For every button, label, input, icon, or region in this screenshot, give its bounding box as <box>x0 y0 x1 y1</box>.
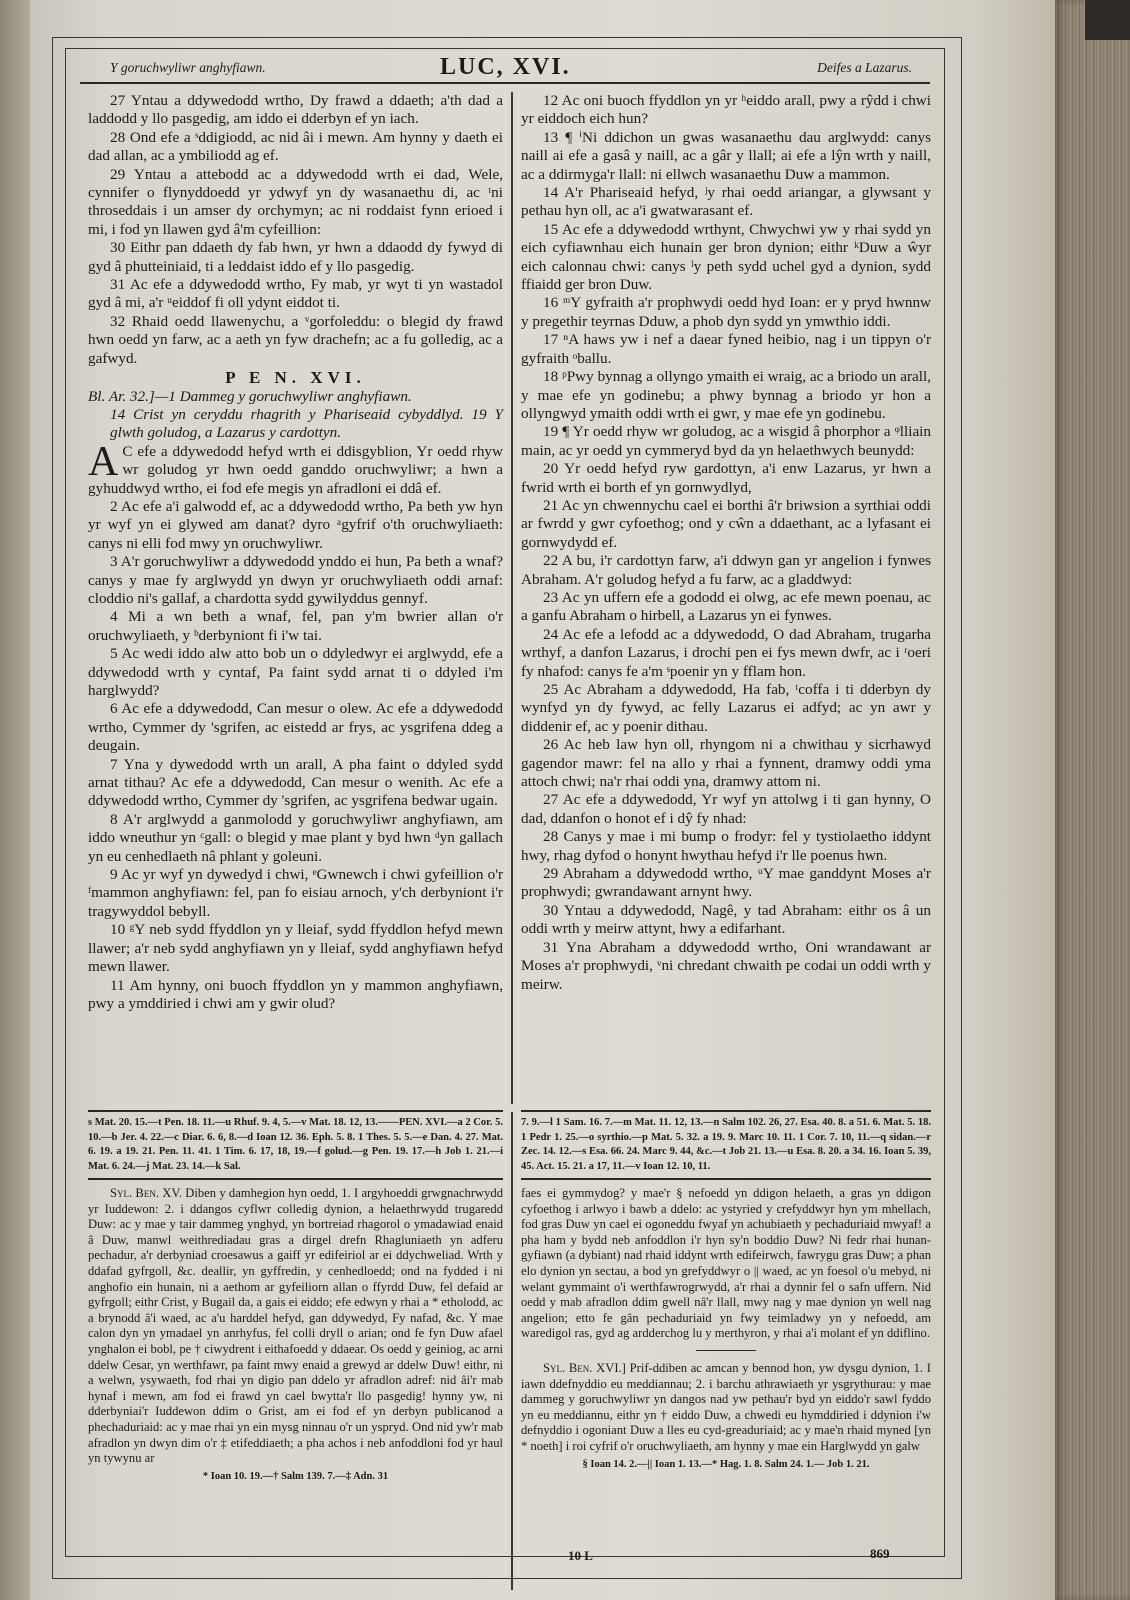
verse: 11 Am hynny, oni buoch ffyddlon yn y mam… <box>88 977 503 1014</box>
verse: 28 Ond efe a ˢddigiodd, ac nid âi i mewn… <box>88 129 503 166</box>
verse: 25 Ac Abraham a ddywedodd, Ha fab, ᵗcoff… <box>521 681 931 736</box>
cross-references-right: 7. 9.—l 1 Sam. 16. 7.—m Mat. 11. 12, 13.… <box>521 1116 931 1174</box>
verse: 12 Ac oni buoch ffyddlon yn yr ʰeiddo ar… <box>521 92 931 129</box>
signature-mark: 10 L <box>568 1548 593 1564</box>
commentary-paragraph: Syl. Ben. XVI.] Prif-ddiben ac amcan y b… <box>521 1361 931 1455</box>
page-number: 869 <box>870 1546 890 1562</box>
commentary-label: Syl. Ben. XV. <box>110 1186 182 1200</box>
cross-references-left: s Mat. 20. 15.—t Pen. 18. 11.—u Rhuf. 9.… <box>88 1116 503 1174</box>
verse: 4 Mi a wn beth a wnaf, fel, pan y'm bwri… <box>88 608 503 645</box>
verse: 10 ᵍY neb sydd ffyddlon yn y lleiaf, syd… <box>88 921 503 976</box>
verse: 6 Ac efe a ddywedodd, Can mesur o olew. … <box>88 700 503 755</box>
verse: 15 Ac efe a ddywedodd wrthynt, Chwychwi … <box>521 221 931 295</box>
header-book-chapter: LUC, XVI. <box>440 54 571 81</box>
section-rule <box>696 1350 756 1351</box>
verse: 31 Yna Abraham a ddywedodd wrtho, Oni wr… <box>521 939 931 994</box>
lower-column-divider <box>511 1112 513 1590</box>
verse: 7 Yna y dywedodd wrth un arall, A pha fa… <box>88 756 503 811</box>
verse: 8 A'r arglwydd a ganmolodd y goruchwyliw… <box>88 811 503 866</box>
verse: 27 Yntau a ddywedodd wrtho, Dy frawd a d… <box>88 92 503 129</box>
verse: 24 Ac efe a lefodd ac a ddywedodd, O dad… <box>521 626 931 681</box>
verse: 27 Ac efe a ddywedodd, Yr wyf yn attolwg… <box>521 791 931 828</box>
commentary-footnotes: * Ioan 10. 19.—† Salm 139. 7.—‡ Adn. 31 <box>88 1469 503 1485</box>
header-left-title: Y goruchwyliwr anghyfiawn. <box>110 60 266 76</box>
verse: 2 Ac efe a'i galwodd ef, ac a ddywedodd … <box>88 498 503 553</box>
chapter-heading: P E N. XVI. <box>88 369 503 387</box>
verse: 19 ¶ Yr oedd rhyw wr goludog, ac a wisgi… <box>521 423 931 460</box>
commentary-footnotes: § Ioan 14. 2.—|| Ioan 1. 13.—* Hag. 1. 8… <box>521 1457 931 1473</box>
left-text-column: 27 Yntau a ddywedodd wrtho, Dy frawd a d… <box>88 92 503 1013</box>
verse: 22 A bu, i'r cardottyn farw, a'i ddwyn g… <box>521 552 931 589</box>
verse: 13 ¶ ⁱNi ddichon un gwas wasanaethu dau … <box>521 129 931 184</box>
verse: 31 Ac efe a ddywedodd wrtho, Fy mab, yr … <box>88 276 503 313</box>
verse: 28 Canys y mae i mi bump o frodyr: fel y… <box>521 828 931 865</box>
verse: 5 Ac wedi iddo alw atto bob un o ddyledw… <box>88 645 503 700</box>
verse: 21 Ac yn chwennychu cael ei borthi â'r b… <box>521 497 931 552</box>
verse: 20 Yr oedd hefyd ryw gardottyn, a'i enw … <box>521 460 931 497</box>
verse: 30 Yntau a ddywedodd, Nagê, y tad Abraha… <box>521 902 931 939</box>
commentary-paragraph: faes ei gymmydog? y mae'r § nefoedd yn d… <box>521 1186 931 1342</box>
commentary-paragraph: Syl. Ben. XV. Diben y damhegion hyn oedd… <box>88 1186 503 1467</box>
right-text-column: 12 Ac oni buoch ffyddlon yn yr ʰeiddo ar… <box>521 92 931 994</box>
book-page-edges <box>1055 0 1130 1600</box>
verse: 16 ᵐY gyfraith a'r prophwydi oedd hyd Io… <box>521 294 931 331</box>
references-rule <box>88 1110 503 1112</box>
verse: 29 Abraham a ddywedodd wrtho, ᵘY mae gan… <box>521 865 931 902</box>
verse: 14 A'r Phariseaid hefyd, ʲy rhai oedd ar… <box>521 184 931 221</box>
verse: 26 Ac heb law hyn oll, rhyngom ni a chwi… <box>521 736 931 791</box>
verse: 32 Rhaid oedd llawenychu, a ᵛgorfoleddu:… <box>88 313 503 368</box>
verse: 29 Yntau a attebodd ac a ddywedodd wrth … <box>88 166 503 240</box>
verse: 30 Eithr pan ddaeth dy fab hwn, yr hwn a… <box>88 239 503 276</box>
commentary-left: Syl. Ben. XV. Diben y damhegion hyn oedd… <box>88 1186 503 1484</box>
commentary-label: Syl. Ben. XVI.] <box>543 1361 626 1375</box>
drop-cap: A <box>88 445 118 479</box>
commentary-rule <box>88 1178 503 1180</box>
commentary-rule <box>521 1178 931 1180</box>
first-verse: AC efe a ddywedodd hefyd wrth ei ddisgyb… <box>88 443 503 498</box>
verse: 18 ᵖPwy bynnag a ollyngo ymaith ei wraig… <box>521 368 931 423</box>
verse: 3 A'r goruchwyliwr a ddywedodd ynddo ei … <box>88 553 503 608</box>
commentary-right: faes ei gymmydog? y mae'r § nefoedd yn d… <box>521 1186 931 1472</box>
running-header: Y goruchwyliwr anghyfiawn. LUC, XVI. Dei… <box>80 52 930 84</box>
verse: 9 Ac yr wyf yn dywedyd i chwi, ᵉGwnewch … <box>88 866 503 921</box>
chapter-summary-line: 14 Crist yn ceryddu rhagrith y Phariseai… <box>88 406 503 443</box>
chapter-summary-line: Bl. Ar. 32.]—1 Dammeg y goruchwyliwr ang… <box>88 388 503 406</box>
column-divider <box>511 92 513 1104</box>
verse: 17 ⁿA haws yw i nef a daear fyned heibio… <box>521 331 931 368</box>
header-right-title: Deifes a Lazarus. <box>817 60 912 76</box>
verse: 23 Ac yn uffern efe a gododd ei olwg, ac… <box>521 589 931 626</box>
references-rule <box>521 1110 931 1112</box>
